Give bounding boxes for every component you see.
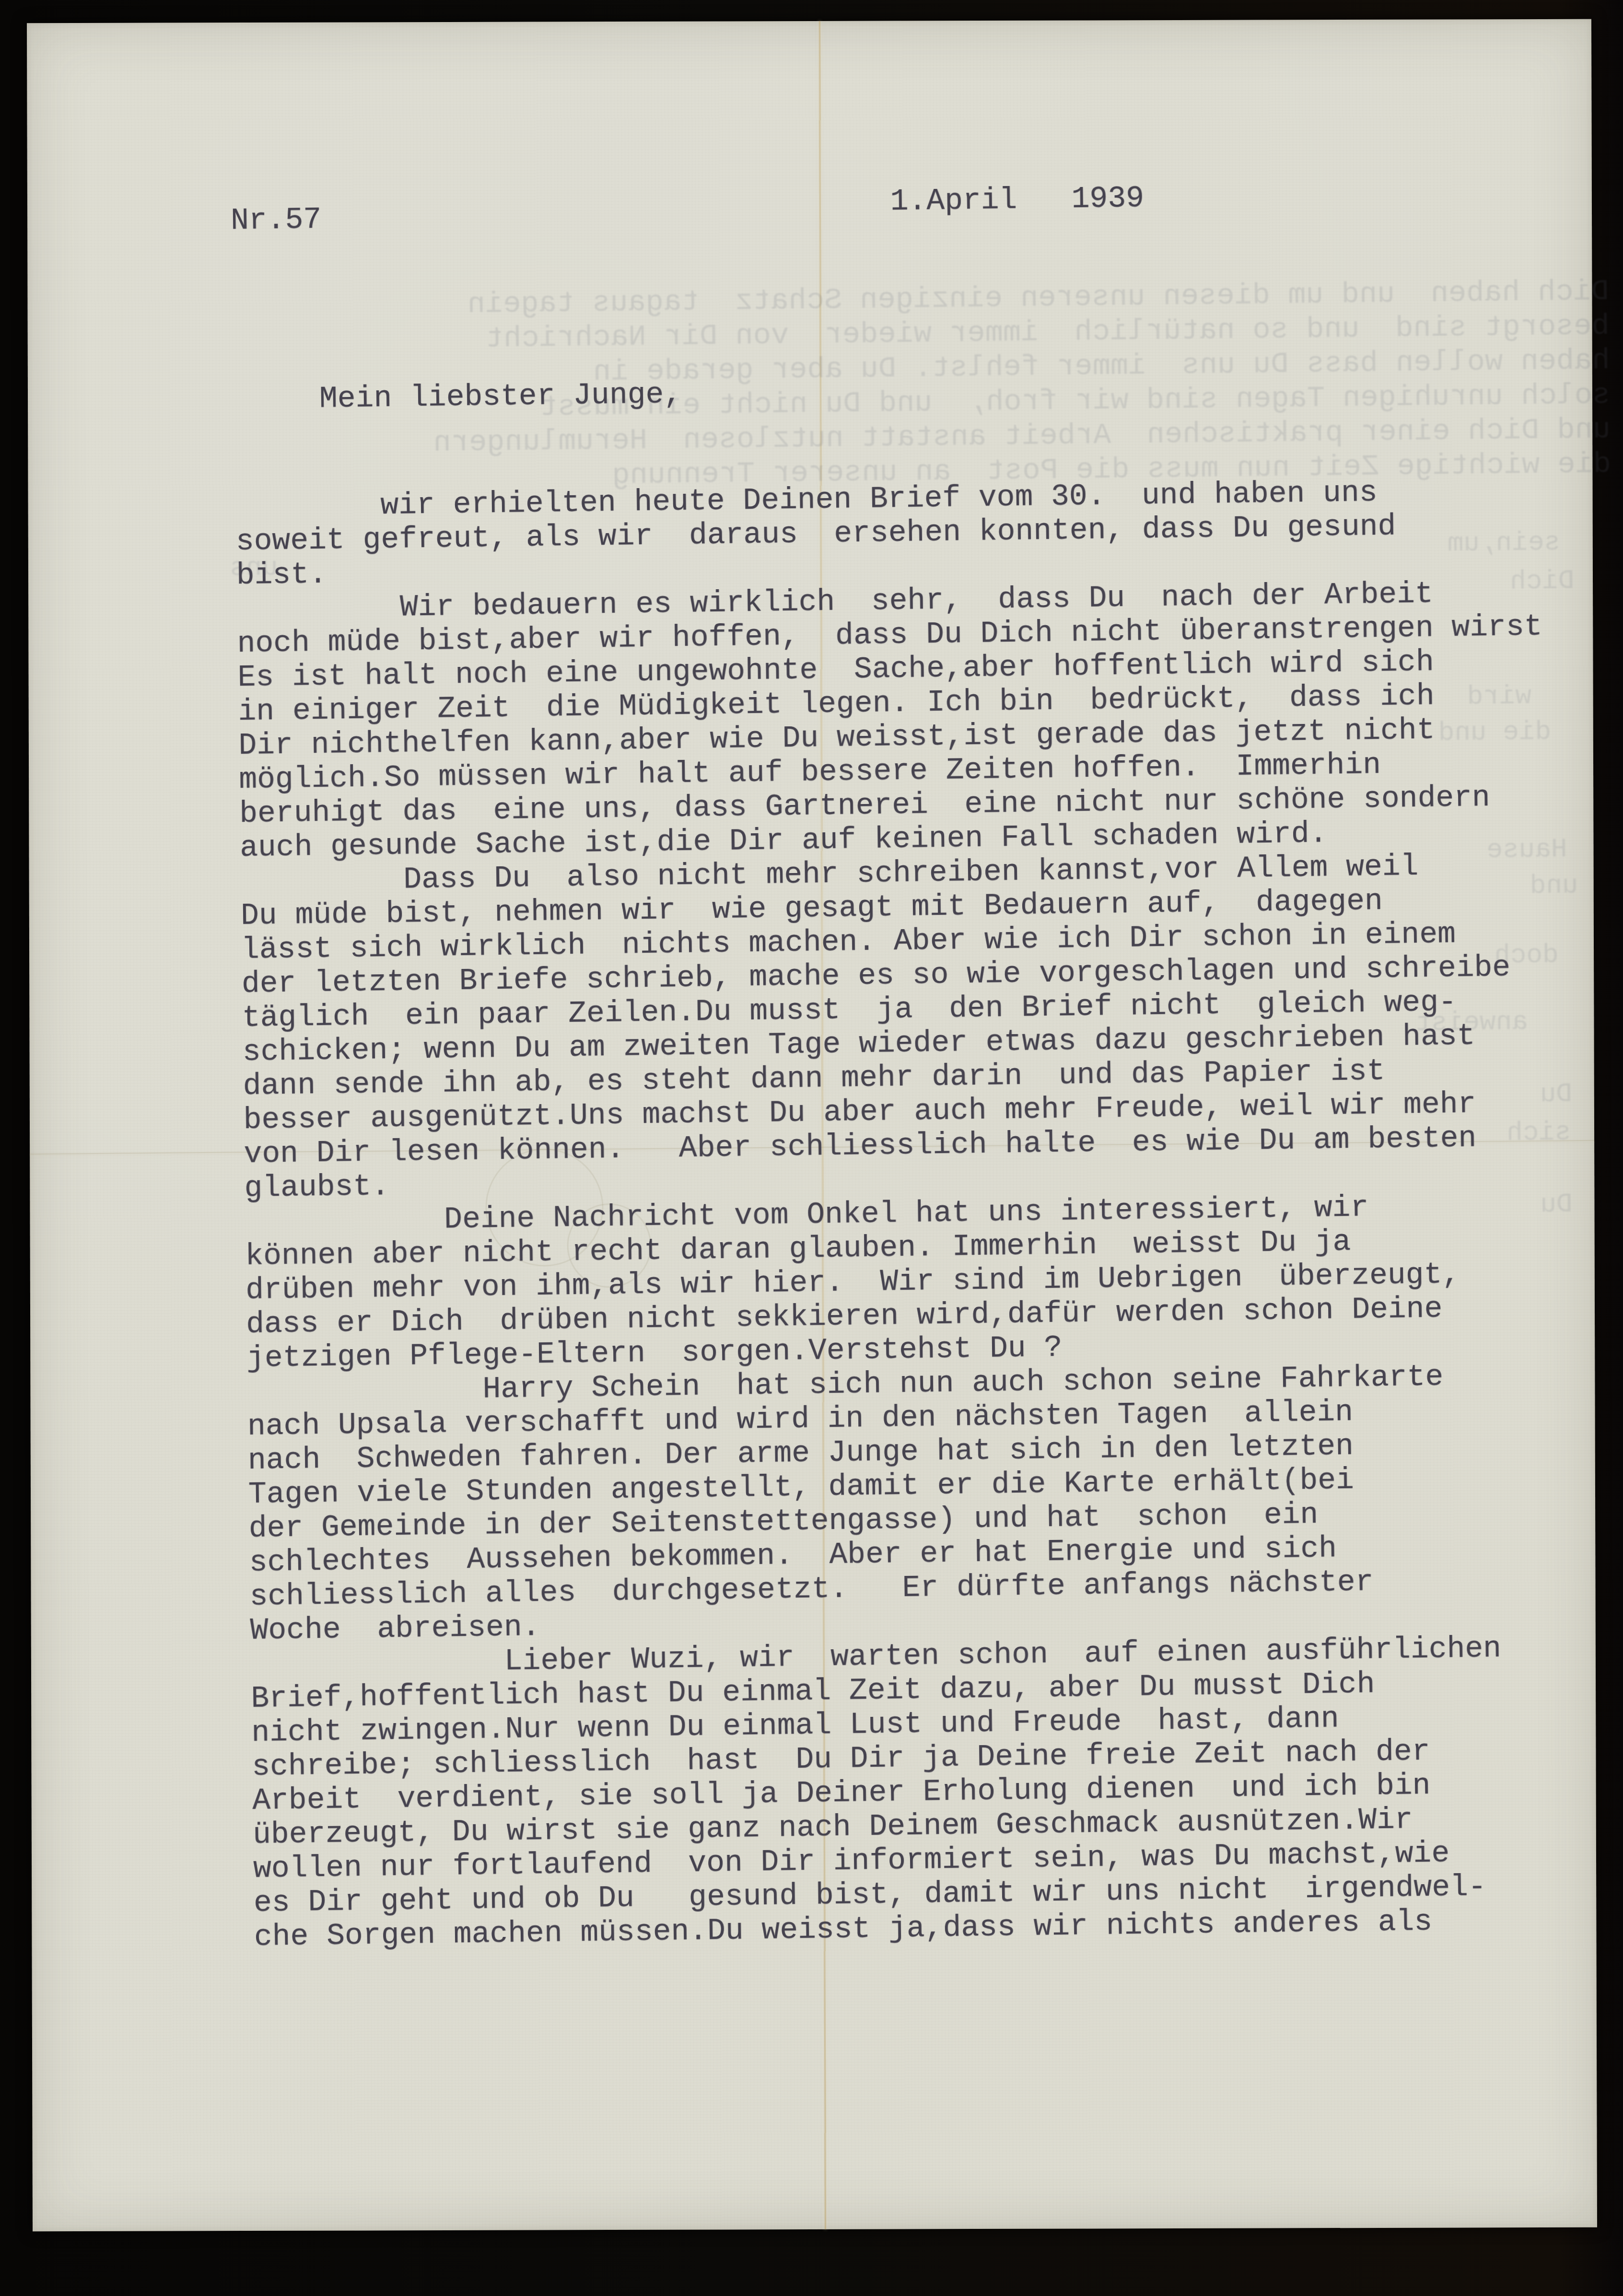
letter-body: wir erhielten heute Deinen Brief vom 30.… [235,473,1559,1954]
typed-content: Nr.57 1.April 1939 Mein liebster Junge, … [22,5,1615,2233]
scan-background: { "letter": { "number": "Nr.57", "date":… [0,0,1623,2296]
letter-salutation: Mein liebster Junge, [319,377,682,416]
letter-date: 1.April 1939 [890,181,1144,219]
letter-paper: Dich haben und um diesen unseren einzige… [27,19,1597,2232]
letter-number: Nr.57 [231,203,322,238]
